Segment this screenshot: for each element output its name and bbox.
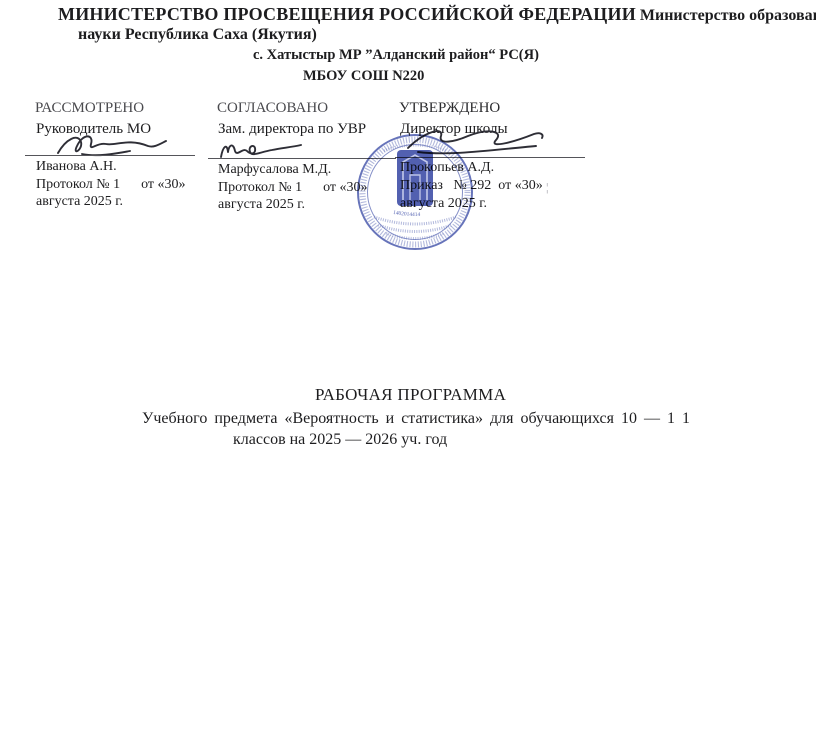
- stamp-microtext-arc-2: [378, 225, 452, 232]
- stamp-center-emblem: [397, 150, 433, 206]
- school-round-stamp: 1402014414: [340, 117, 490, 267]
- document-page: МИНИСТЕРСТВО ПРОСВЕЩЕНИЯ РОССИЙСКОЙ ФЕДЕ…: [0, 0, 816, 737]
- approval-2-date: августа 2025 г.: [218, 197, 305, 213]
- approval-2-name: Марфусалова М.Д.: [218, 162, 331, 178]
- approval-1-date: августа 2025 г.: [36, 194, 123, 210]
- scan-artifact-mark: ¦: [546, 180, 548, 195]
- document-subtitle-line-2: классов на 2025 — 2026 уч. год: [233, 431, 447, 449]
- document-title: РАБОЧАЯ ПРОГРАММА: [315, 385, 506, 405]
- header-line-1: МИНИСТЕРСТВО ПРОСВЕЩЕНИЯ РОССИЙСКОЙ ФЕДЕ…: [58, 4, 816, 25]
- approval-1-doc: Протокол № 1 от «30»: [36, 177, 186, 193]
- signature-line-1: [25, 155, 195, 156]
- stamp-microtext-arc-1: [374, 217, 456, 224]
- approval-3-status: УТВЕРЖДЕНО: [399, 100, 500, 117]
- ministry-federal-text: МИНИСТЕРСТВО ПРОСВЕЩЕНИЯ РОССИЙСКОЙ ФЕДЕ…: [58, 4, 636, 24]
- signature-marfusalova: [216, 137, 306, 163]
- approval-1-name: Иванова А.Н.: [36, 159, 117, 175]
- header-settlement-line: с. Хатыстыр МР ”Алданский район“ РС(Я): [253, 47, 539, 64]
- ministry-regional-text: Министерство образования и: [636, 7, 816, 24]
- approval-2-status: СОГЛАСОВАНО: [217, 100, 328, 117]
- header-line-2: науки Республика Саха (Якутия): [78, 26, 317, 44]
- stamp-number: 1402014414: [392, 210, 420, 218]
- approval-1-status: РАССМОТРЕНО: [35, 100, 144, 117]
- document-subtitle-line-1: Учебного предмета «Вероятность и статист…: [142, 410, 690, 428]
- header-school-name: МБОУ СОШ N220: [303, 68, 424, 85]
